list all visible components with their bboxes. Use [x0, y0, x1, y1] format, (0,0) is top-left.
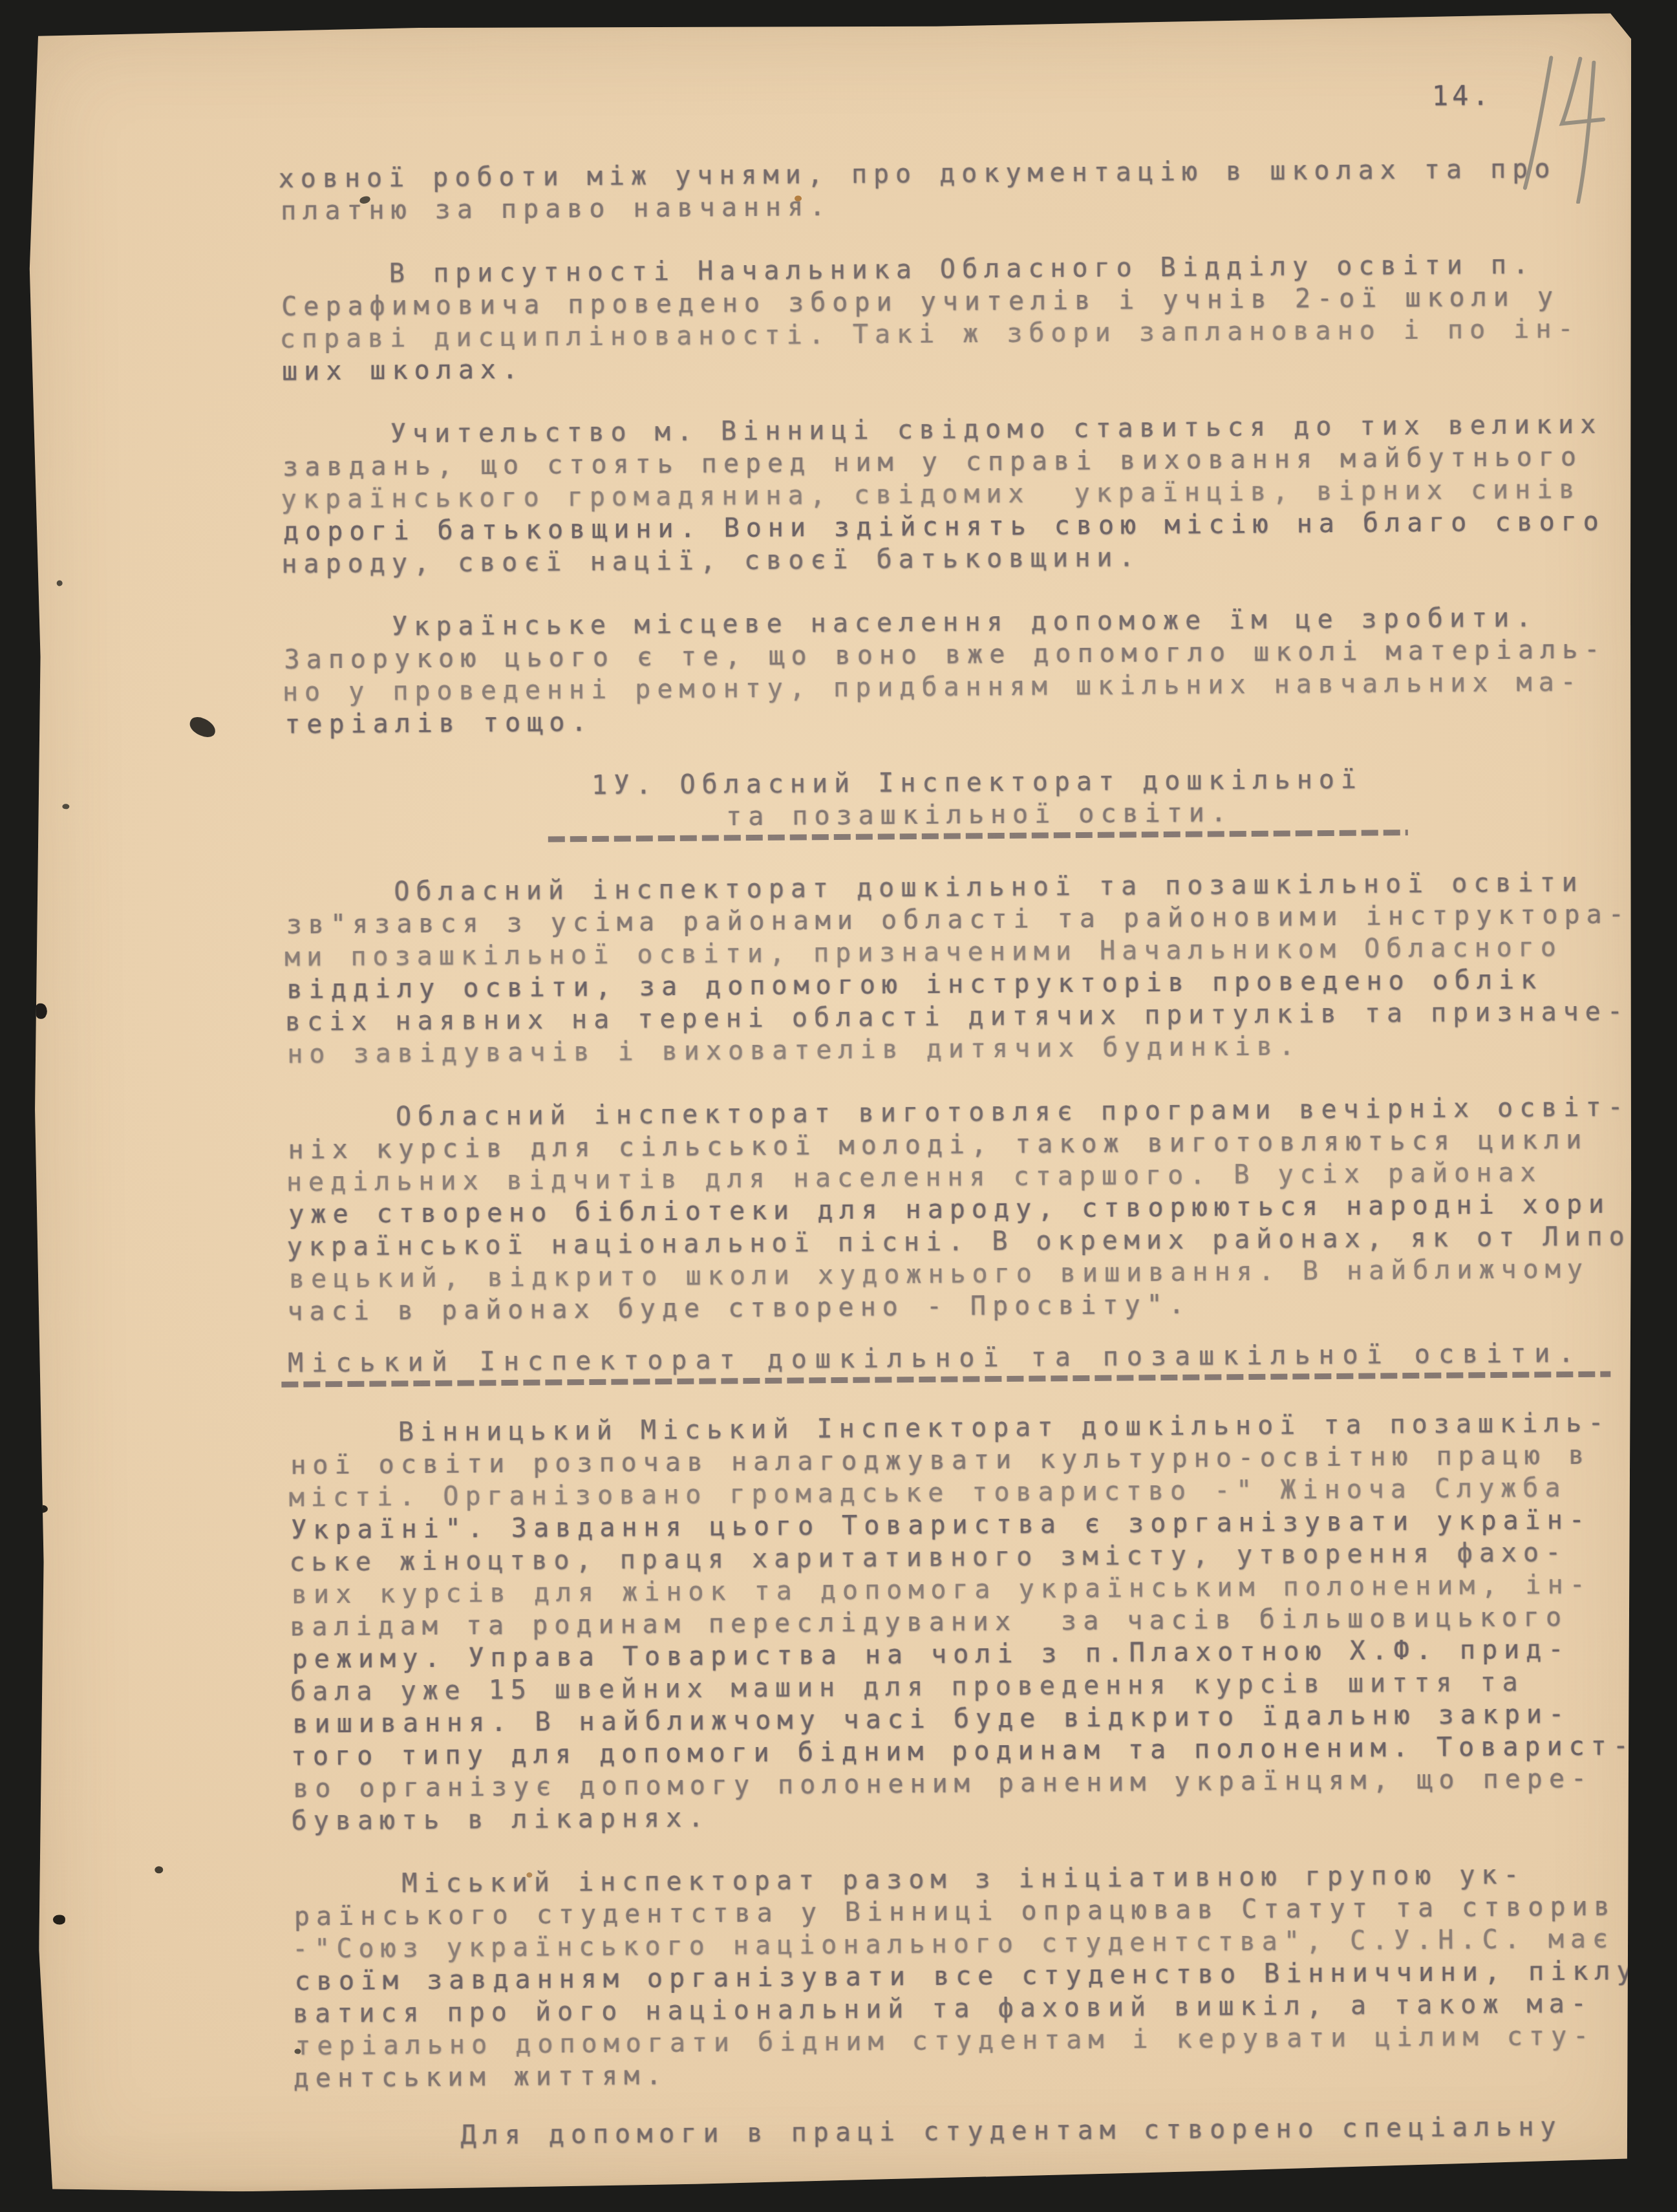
- paper-speck: [57, 580, 63, 586]
- paragraph: Обласний інспекторат виготовляє програми…: [286, 1091, 1611, 1328]
- paragraph: Обласний інспекторат дошкільної та позаш…: [284, 866, 1608, 1071]
- paragraph: Для допомоги в праці студентам створено …: [294, 2110, 1617, 2153]
- paragraph: Вінницький Міський Інспекторат дошкільно…: [288, 1407, 1615, 1838]
- punch-hole: [38, 1505, 48, 1513]
- punch-hole: [53, 1915, 65, 1924]
- paragraph: ховної роботи між учнями, про документац…: [279, 153, 1603, 228]
- scanned-paper-sheet: 14. ховної роботи між учнями, про докуме…: [19, 10, 1655, 2195]
- paper-speck: [62, 804, 69, 809]
- edge-nick: [36, 1004, 47, 1019]
- paragraph: В присутності Начальника Обласного Відді…: [279, 248, 1604, 388]
- typewritten-text-body: ховної роботи між учнями, про документац…: [19, 10, 1655, 2186]
- rust-fleck: [795, 195, 802, 201]
- paragraph: Міський інспекторат разом з ініціативною…: [292, 1858, 1617, 2095]
- text-line: Для допомоги в праці студентам створено …: [294, 2110, 1617, 2153]
- section-heading: 1У. Обласний Інспекторат дошкільної та п…: [283, 762, 1607, 844]
- paragraph: Українське місцеве населення допоможе їм…: [282, 601, 1607, 741]
- paper-speck: [294, 2049, 301, 2054]
- rust-fleck: [526, 1873, 532, 1878]
- paragraph: Учительство м. Вінниці свідомо ставиться…: [281, 409, 1605, 581]
- subsection-heading: Міський Інспекторат дошкільної та позашк…: [288, 1337, 1611, 1388]
- paper-speck: [155, 1866, 163, 1873]
